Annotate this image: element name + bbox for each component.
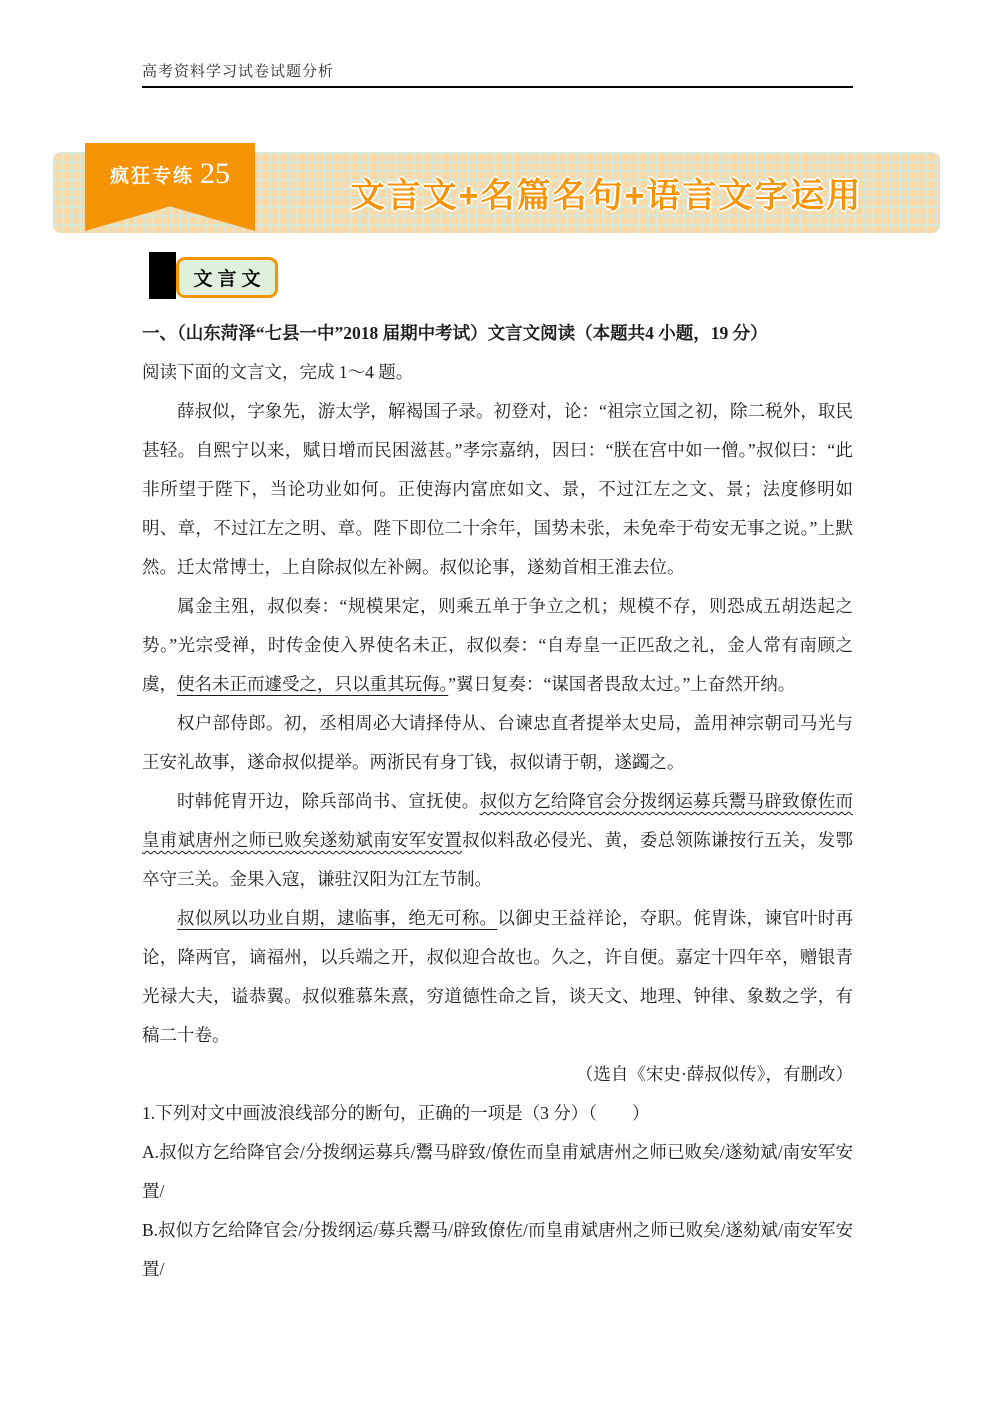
- passage-paragraph: 权户部侍郎。初，丞相周必大请择侍从、台谏忠直者提举太史局，盖用神宗朝司马光与王安…: [142, 704, 853, 782]
- passage-text: 薛叔似，字象先，游太学，解褐国子录。初登对，论：“祖宗立国之初，除二税外，取民甚…: [142, 401, 853, 577]
- exam-document-page: 高考资料学习试卷试题分析 疯狂专练 25 文言文+名篇名句+语言文字运用 文言文…: [0, 0, 993, 1404]
- section-tag-label: 文言文: [176, 257, 278, 298]
- passage-text: ”翼日复奏：“谋国者畏敌太过。”上奋然开纳。: [448, 674, 795, 694]
- passage-paragraph: 叔似夙以功业自期，逮临事，绝无可称。以御史王益祥论，夺职。侂胄诛，谏官叶时再论，…: [142, 899, 853, 1055]
- passage-text: 权户部侍郎。初，丞相周必大请择侍从、台谏忠直者提举太史局，盖用神宗朝司马光与王安…: [142, 713, 853, 772]
- header-divider-line: [142, 86, 853, 88]
- passage-paragraph: 时韩侂胄开边，除兵部尚书、宣抚使。叔似方乞给降官会分拨纲运募兵鬻马辟致僚佐而皇甫…: [142, 782, 853, 899]
- passage-paragraph: 薛叔似，字象先，游太学，解褐国子录。初登对，论：“祖宗立国之初，除二税外，取民甚…: [142, 392, 853, 587]
- document-header-title: 高考资料学习试卷试题分析: [142, 60, 853, 81]
- section-tag: 文言文: [149, 252, 329, 302]
- option-b: B.叔似方乞给降官会/分拨纲运/募兵鬻马/辟致僚佐/而皇甫斌唐州之师已败矣/遂劾…: [142, 1211, 853, 1289]
- ribbon-number: 25: [200, 159, 230, 189]
- exam-heading: 一、（山东菏泽“七县一中”2018 届期中考试）文言文阅读（本题共4 小题，19…: [142, 314, 853, 353]
- passage-text: 以御史王益祥论，夺职。侂胄诛，谏官叶时再论，降两官，谪福州，以兵端之开，叔似迎合…: [142, 908, 853, 1045]
- practice-ribbon-badge: 疯狂专练 25: [85, 143, 255, 231]
- underlined-text: 叔似夙以功业自期，逮临事，绝无可称。: [177, 908, 497, 928]
- document-header: 高考资料学习试卷试题分析: [142, 60, 853, 88]
- exam-instruction: 阅读下面的文言文，完成 1～4 题。: [142, 353, 853, 392]
- section-tag-black-block: [149, 252, 176, 299]
- option-a: A.叔似方乞给降官会/分拨纲运募兵/鬻马辟致/僚佐而皇甫斌唐州之师已败矣/遂劾斌…: [142, 1133, 853, 1211]
- title-banner: 疯狂专练 25 文言文+名篇名句+语言文字运用: [53, 152, 940, 233]
- passage-paragraph: 属金主殂，叔似奏：“规模果定，则乘五单于争立之机；规模不存，则恐成五胡迭起之势。…: [142, 587, 853, 704]
- question1-stem: 1.下列对文中画波浪线部分的断句，正确的一项是（3 分）（ ）: [142, 1094, 853, 1133]
- ribbon-label: 疯狂专练: [110, 161, 194, 188]
- banner-title: 文言文+名篇名句+语言文字运用: [288, 152, 925, 233]
- ribbon-text-group: 疯狂专练 25: [110, 159, 230, 189]
- question1-options: A.叔似方乞给降官会/分拨纲运募兵/鬻马辟致/僚佐而皇甫斌唐州之师已败矣/遂劾斌…: [142, 1133, 853, 1289]
- underlined-text: 使名未正而遽受之，只以重其玩侮。: [177, 674, 448, 694]
- passage-source: （选自《宋史·薛叔似传》，有删改）: [142, 1055, 853, 1094]
- exam-content: 一、（山东菏泽“七县一中”2018 届期中考试）文言文阅读（本题共4 小题，19…: [142, 314, 853, 1289]
- passage-paragraphs: 薛叔似，字象先，游太学，解褐国子录。初登对，论：“祖宗立国之初，除二税外，取民甚…: [142, 392, 853, 1055]
- passage-text: 时韩侂胄开边，除兵部尚书、宣抚使。: [177, 791, 480, 811]
